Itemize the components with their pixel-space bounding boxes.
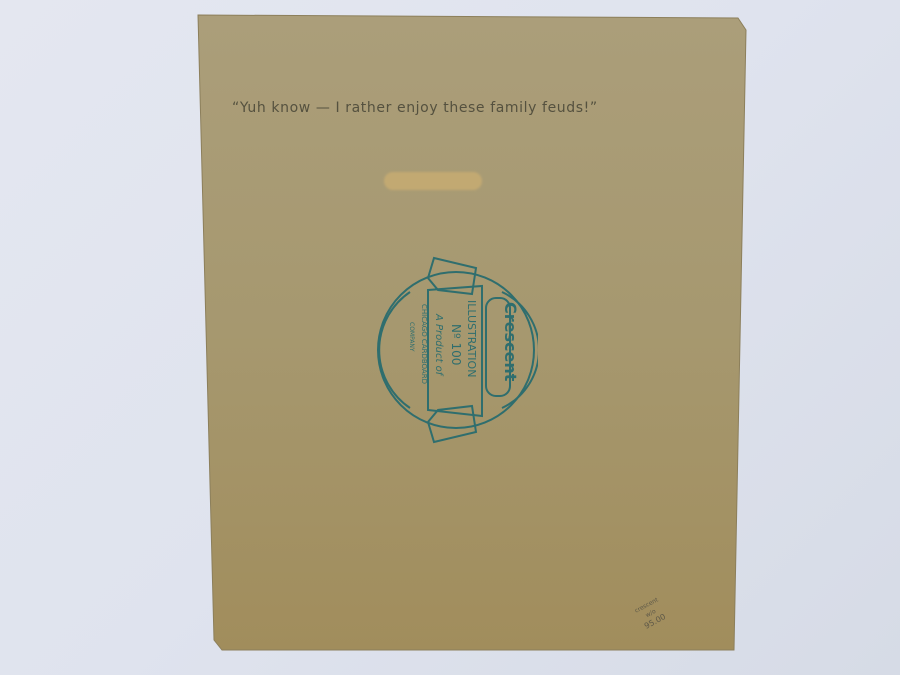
stamp-line4: CHICAGO CARDBOARD [420, 304, 428, 384]
stamp-line1: ILLUSTRATION [465, 300, 478, 377]
tape-residue [384, 172, 482, 190]
caption-text: “Yuh know — I rather enjoy these family … [232, 100, 652, 116]
stamp-line5: COMPANY [408, 322, 415, 352]
stamp-line3: A Product of [433, 313, 444, 377]
crescent-stamp-logo: Crescent ILLUSTRATION Nº 100 A Product o… [372, 252, 538, 448]
stamp-line2: Nº 100 [449, 324, 463, 365]
stamp-brand: Crescent [501, 302, 520, 382]
